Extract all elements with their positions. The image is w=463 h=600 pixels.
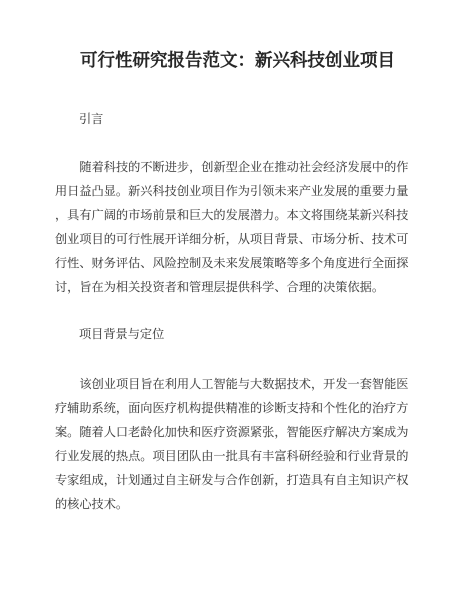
text-line: 行性、财务评估、风险控制及未来发展策略等多个角度进行全面探 [55, 251, 408, 275]
text-line: 用日益凸显。新兴科技创业项目作为引领未来产业发展的重要力量 [55, 179, 408, 203]
document-page: 可行性研究报告范文：新兴科技创业项目 引言 随着科技的不断进步，创新型企业在推动… [0, 0, 463, 600]
text-line: 专家组成，计划通过自主研发与合作创新，打造具有自主知识产权 [55, 468, 408, 492]
document-title: 可行性研究报告范文：新兴科技创业项目 [80, 50, 395, 71]
paragraph-intro: 随着科技的不断进步，创新型企业在推动社会经济发展中的作 用日益凸显。新兴科技创业… [55, 155, 408, 299]
text-line: 疗辅助系统，面向医疗机构提供精准的诊断支持和个性化的治疗方 [55, 396, 408, 420]
text-line: ，具有广阔的市场前景和巨大的发展潜力。本文将围绕某新兴科技 [55, 203, 408, 227]
text-line: 随着科技的不断进步，创新型企业在推动社会经济发展中的作 [55, 155, 408, 179]
text-line: 案。随着人口老龄化加快和医疗资源紧张，智能医疗解决方案成为 [55, 420, 408, 444]
section-heading-project-background: 项目背景与定位 [79, 322, 164, 346]
text-line: 行业发展的热点。项目团队由一批具有丰富科研经验和行业背景的 [55, 444, 408, 468]
paragraph-project-background: 该创业项目旨在利用人工智能与大数据技术，开发一套智能医 疗辅助系统，面向医疗机构… [55, 372, 408, 516]
text-line: 的核心技术。 [55, 492, 408, 516]
text-line: 该创业项目旨在利用人工智能与大数据技术，开发一套智能医 [55, 372, 408, 396]
text-line: 创业项目的可行性展开详细分析，从项目背景、市场分析、技术可 [55, 227, 408, 251]
text-line: 讨，旨在为相关投资者和管理层提供科学、合理的决策依据。 [55, 275, 408, 299]
section-heading-intro: 引言 [79, 107, 103, 131]
